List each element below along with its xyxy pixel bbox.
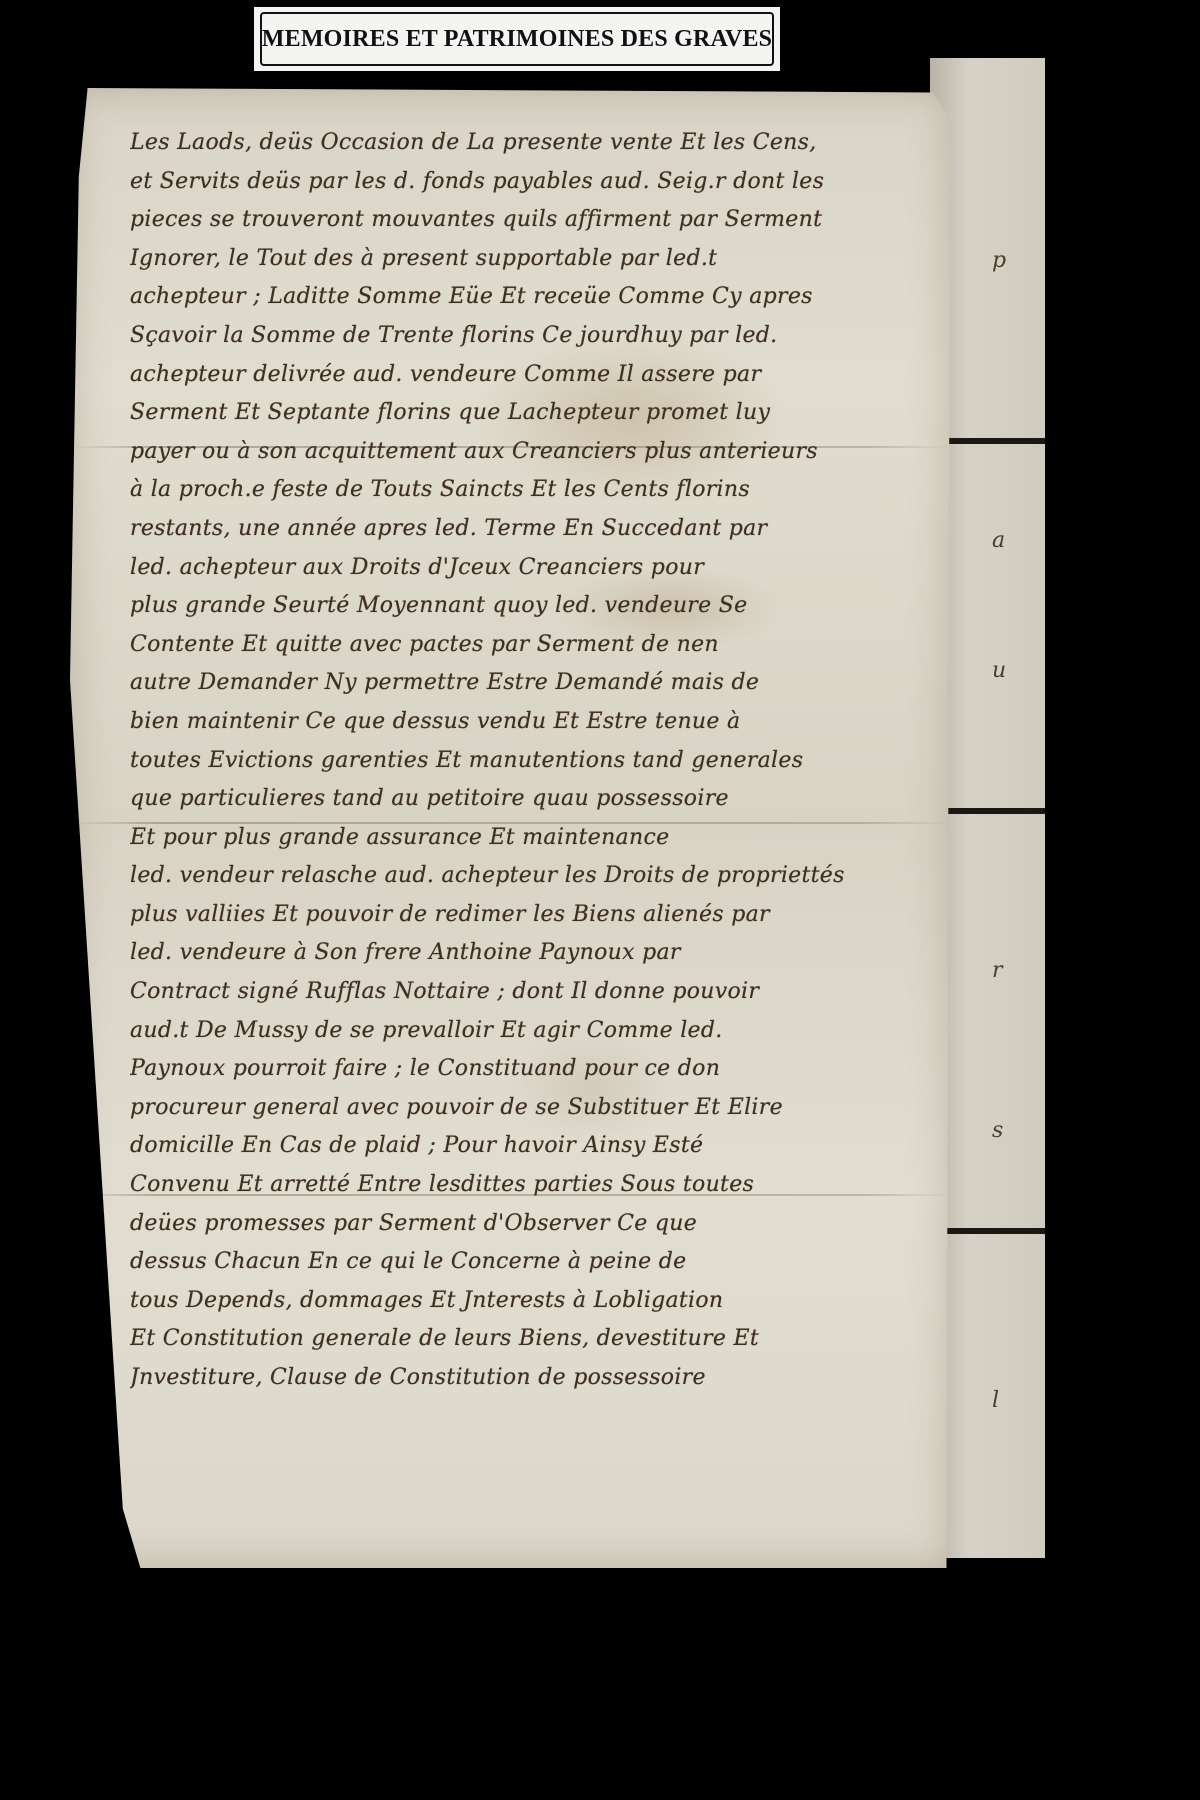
- manuscript-line: domicille En Cas de plaid ; Pour havoir …: [130, 1127, 945, 1166]
- manuscript-line: bien maintenir Ce que dessus vendu Et Es…: [130, 703, 945, 742]
- manuscript-line: led. achepteur aux Droits d'Jceux Creanc…: [130, 549, 945, 588]
- manuscript-line: Et pour plus grande assurance Et mainten…: [130, 819, 945, 858]
- adjacent-page-glyph: p: [992, 248, 1006, 273]
- manuscript-line: achepteur ; Laditte Somme Eüe Et receüe …: [130, 278, 945, 317]
- adjacent-page-glyph: u: [992, 658, 1006, 683]
- manuscript-text: Les Laods, deüs Occasion de La presente …: [130, 124, 945, 1398]
- manuscript-line: plus valliies Et pouvoir de redimer les …: [130, 896, 945, 935]
- title-banner: MEMOIRES ET PATRIMOINES DES GRAVES: [254, 7, 780, 71]
- manuscript-line: autre Demander Ny permettre Estre Demand…: [130, 664, 945, 703]
- manuscript-line: led. vendeure à Son frere Anthoine Payno…: [130, 934, 945, 973]
- adjacent-page-glyph: a: [992, 528, 1005, 553]
- manuscript-line: et Servits deüs par les d. fonds payable…: [130, 163, 945, 202]
- manuscript-line: Convenu Et arretté Entre lesdittes parti…: [130, 1166, 945, 1205]
- adjacent-page-glyph: r: [992, 958, 1003, 983]
- adjacent-page-glyph: s: [992, 1118, 1003, 1143]
- manuscript-line: deües promesses par Serment d'Observer C…: [130, 1205, 945, 1244]
- manuscript-line: que particulieres tand au petitoire quau…: [130, 780, 945, 819]
- manuscript-line: Contente Et quitte avec pactes par Serme…: [130, 626, 945, 665]
- manuscript-line: Contract signé Rufflas Nottaire ; dont I…: [130, 973, 945, 1012]
- manuscript-line: led. vendeur relasche aud. achepteur les…: [130, 857, 945, 896]
- manuscript-line: toutes Evictions garenties Et manutentio…: [130, 742, 945, 781]
- manuscript-line: restants, une année apres led. Terme En …: [130, 510, 945, 549]
- manuscript-line: aud.t De Mussy de se prevalloir Et agir …: [130, 1012, 945, 1051]
- manuscript-line: tous Depends, dommages Et Jnterests à Lo…: [130, 1282, 945, 1321]
- manuscript-line: Les Laods, deüs Occasion de La presente …: [130, 124, 945, 163]
- manuscript-line: achepteur delivrée aud. vendeure Comme I…: [130, 356, 945, 395]
- manuscript-line: plus grande Seurté Moyennant quoy led. v…: [130, 587, 945, 626]
- manuscript-page: Les Laods, deüs Occasion de La presente …: [70, 88, 950, 1568]
- manuscript-line: procureur general avec pouvoir de se Sub…: [130, 1089, 945, 1128]
- manuscript-line: Sçavoir la Somme de Trente florins Ce jo…: [130, 317, 945, 356]
- manuscript-line: dessus Chacun En ce qui le Concerne à pe…: [130, 1243, 945, 1282]
- manuscript-line: payer ou à son acquittement aux Creancie…: [130, 433, 945, 472]
- banner-title: MEMOIRES ET PATRIMOINES DES GRAVES: [260, 12, 774, 66]
- manuscript-line: Ignorer, le Tout des à present supportab…: [130, 240, 945, 279]
- manuscript-line: à la proch.e feste de Touts Saincts Et l…: [130, 471, 945, 510]
- adjacent-page-glyph: l: [992, 1388, 999, 1413]
- manuscript-line: Jnvestiture, Clause de Constitution de p…: [130, 1359, 945, 1398]
- manuscript-line: pieces se trouveront mouvantes quils aff…: [130, 201, 945, 240]
- manuscript-line: Paynoux pourroit faire ; le Constituand …: [130, 1050, 945, 1089]
- manuscript-line: Serment Et Septante florins que Lachepte…: [130, 394, 945, 433]
- manuscript-line: Et Constitution generale de leurs Biens,…: [130, 1320, 945, 1359]
